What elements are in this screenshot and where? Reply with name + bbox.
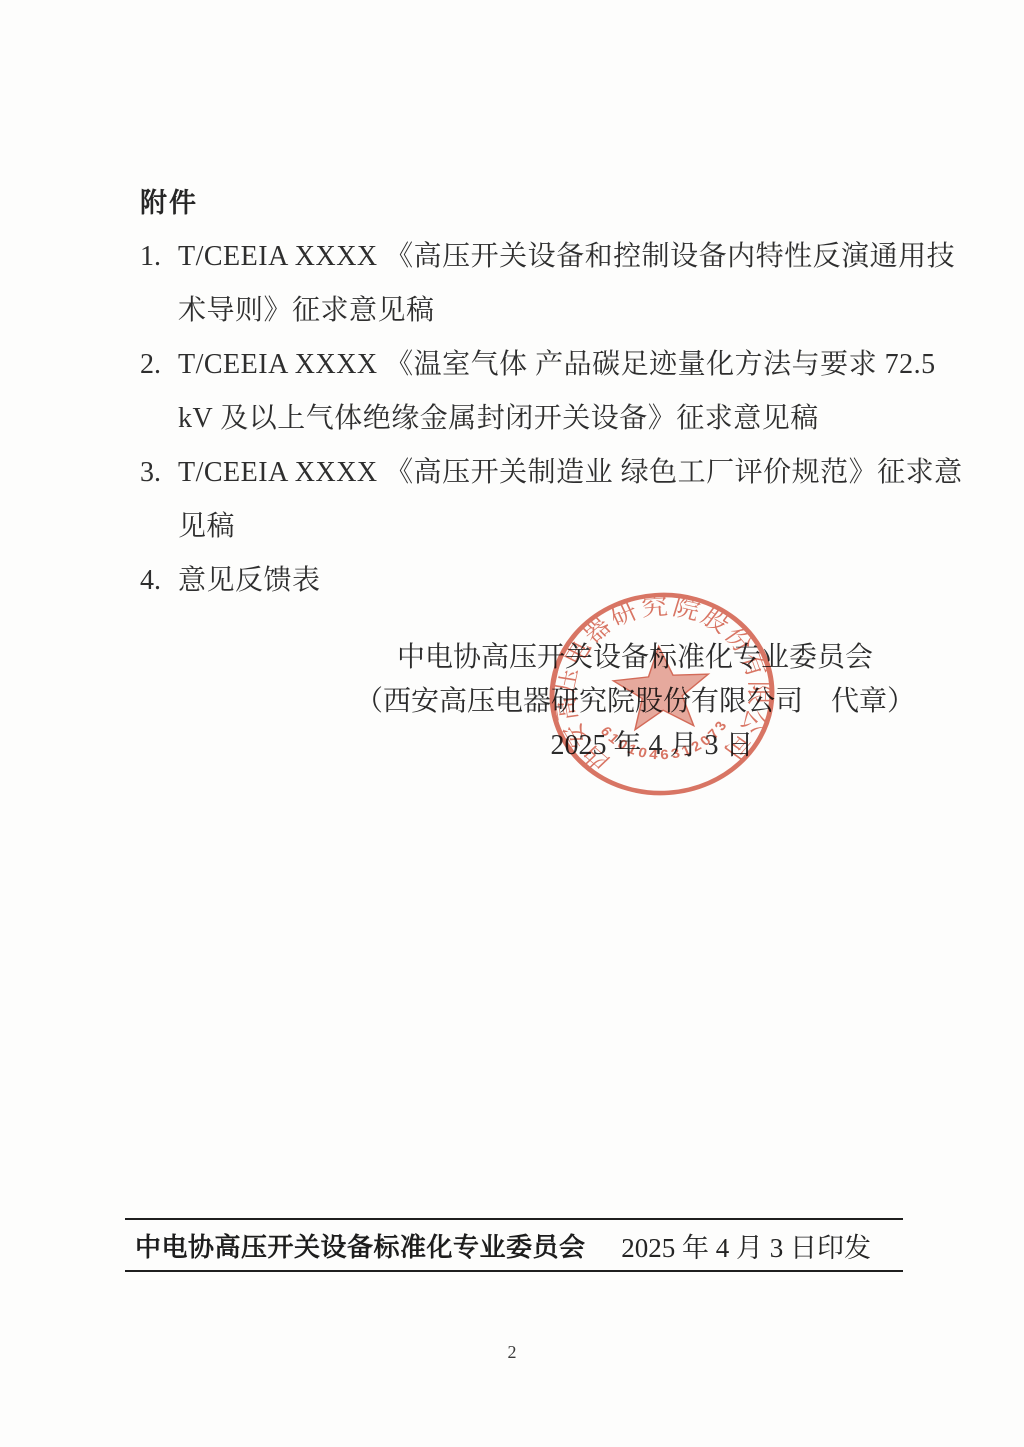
seal-serial-number: 6101046312073 — [596, 715, 735, 767]
list-item-text: T/CEEIA XXXX 《高压开关制造业 绿色工厂评价规范》征求意 — [178, 446, 963, 500]
svg-text:6101046312073: 6101046312073 — [596, 715, 735, 767]
list-item-number: 1. — [140, 230, 178, 284]
company-seal-icon: 西安高压电器研究院股份有限公司 6101046312073 — [535, 578, 789, 810]
document-page: 附件 1. T/CEEIA XXXX 《高压开关设备和控制设备内特性反演通用技 … — [0, 0, 1024, 1447]
footer: 中电协高压开关设备标准化专业委员会 2025 年 4 月 3 日印发 — [125, 1218, 903, 1272]
list-item-number: 3. — [140, 446, 178, 500]
list-item-text: T/CEEIA XXXX 《高压开关设备和控制设备内特性反演通用技 — [178, 230, 955, 284]
list-item-text: 术导则》征求意见稿 — [178, 284, 955, 338]
list-item: 3. T/CEEIA XXXX 《高压开关制造业 绿色工厂评价规范》征求意 见稿 — [140, 446, 930, 554]
list-item-text: kV 及以上气体绝缘金属封闭开关设备》征求意见稿 — [178, 392, 936, 446]
list-item-text: 见稿 — [178, 500, 963, 554]
attachment-heading: 附件 — [140, 186, 198, 220]
list-item-number: 2. — [140, 338, 178, 392]
list-item-text: T/CEEIA XXXX 《温室气体 产品碳足迹量化方法与要求 72.5 — [178, 338, 936, 392]
star-icon — [611, 643, 712, 731]
page-number: 2 — [0, 1342, 1024, 1363]
attachment-list: 1. T/CEEIA XXXX 《高压开关设备和控制设备内特性反演通用技 术导则… — [140, 230, 930, 608]
list-item: 1. T/CEEIA XXXX 《高压开关设备和控制设备内特性反演通用技 术导则… — [140, 230, 930, 338]
list-item: 2. T/CEEIA XXXX 《温室气体 产品碳足迹量化方法与要求 72.5 … — [140, 338, 930, 446]
footer-issuer: 中电协高压开关设备标准化专业委员会 — [135, 1227, 586, 1264]
list-item-number: 4. — [140, 554, 178, 608]
footer-issue-date: 2025 年 4 月 3 日印发 — [621, 1226, 871, 1265]
